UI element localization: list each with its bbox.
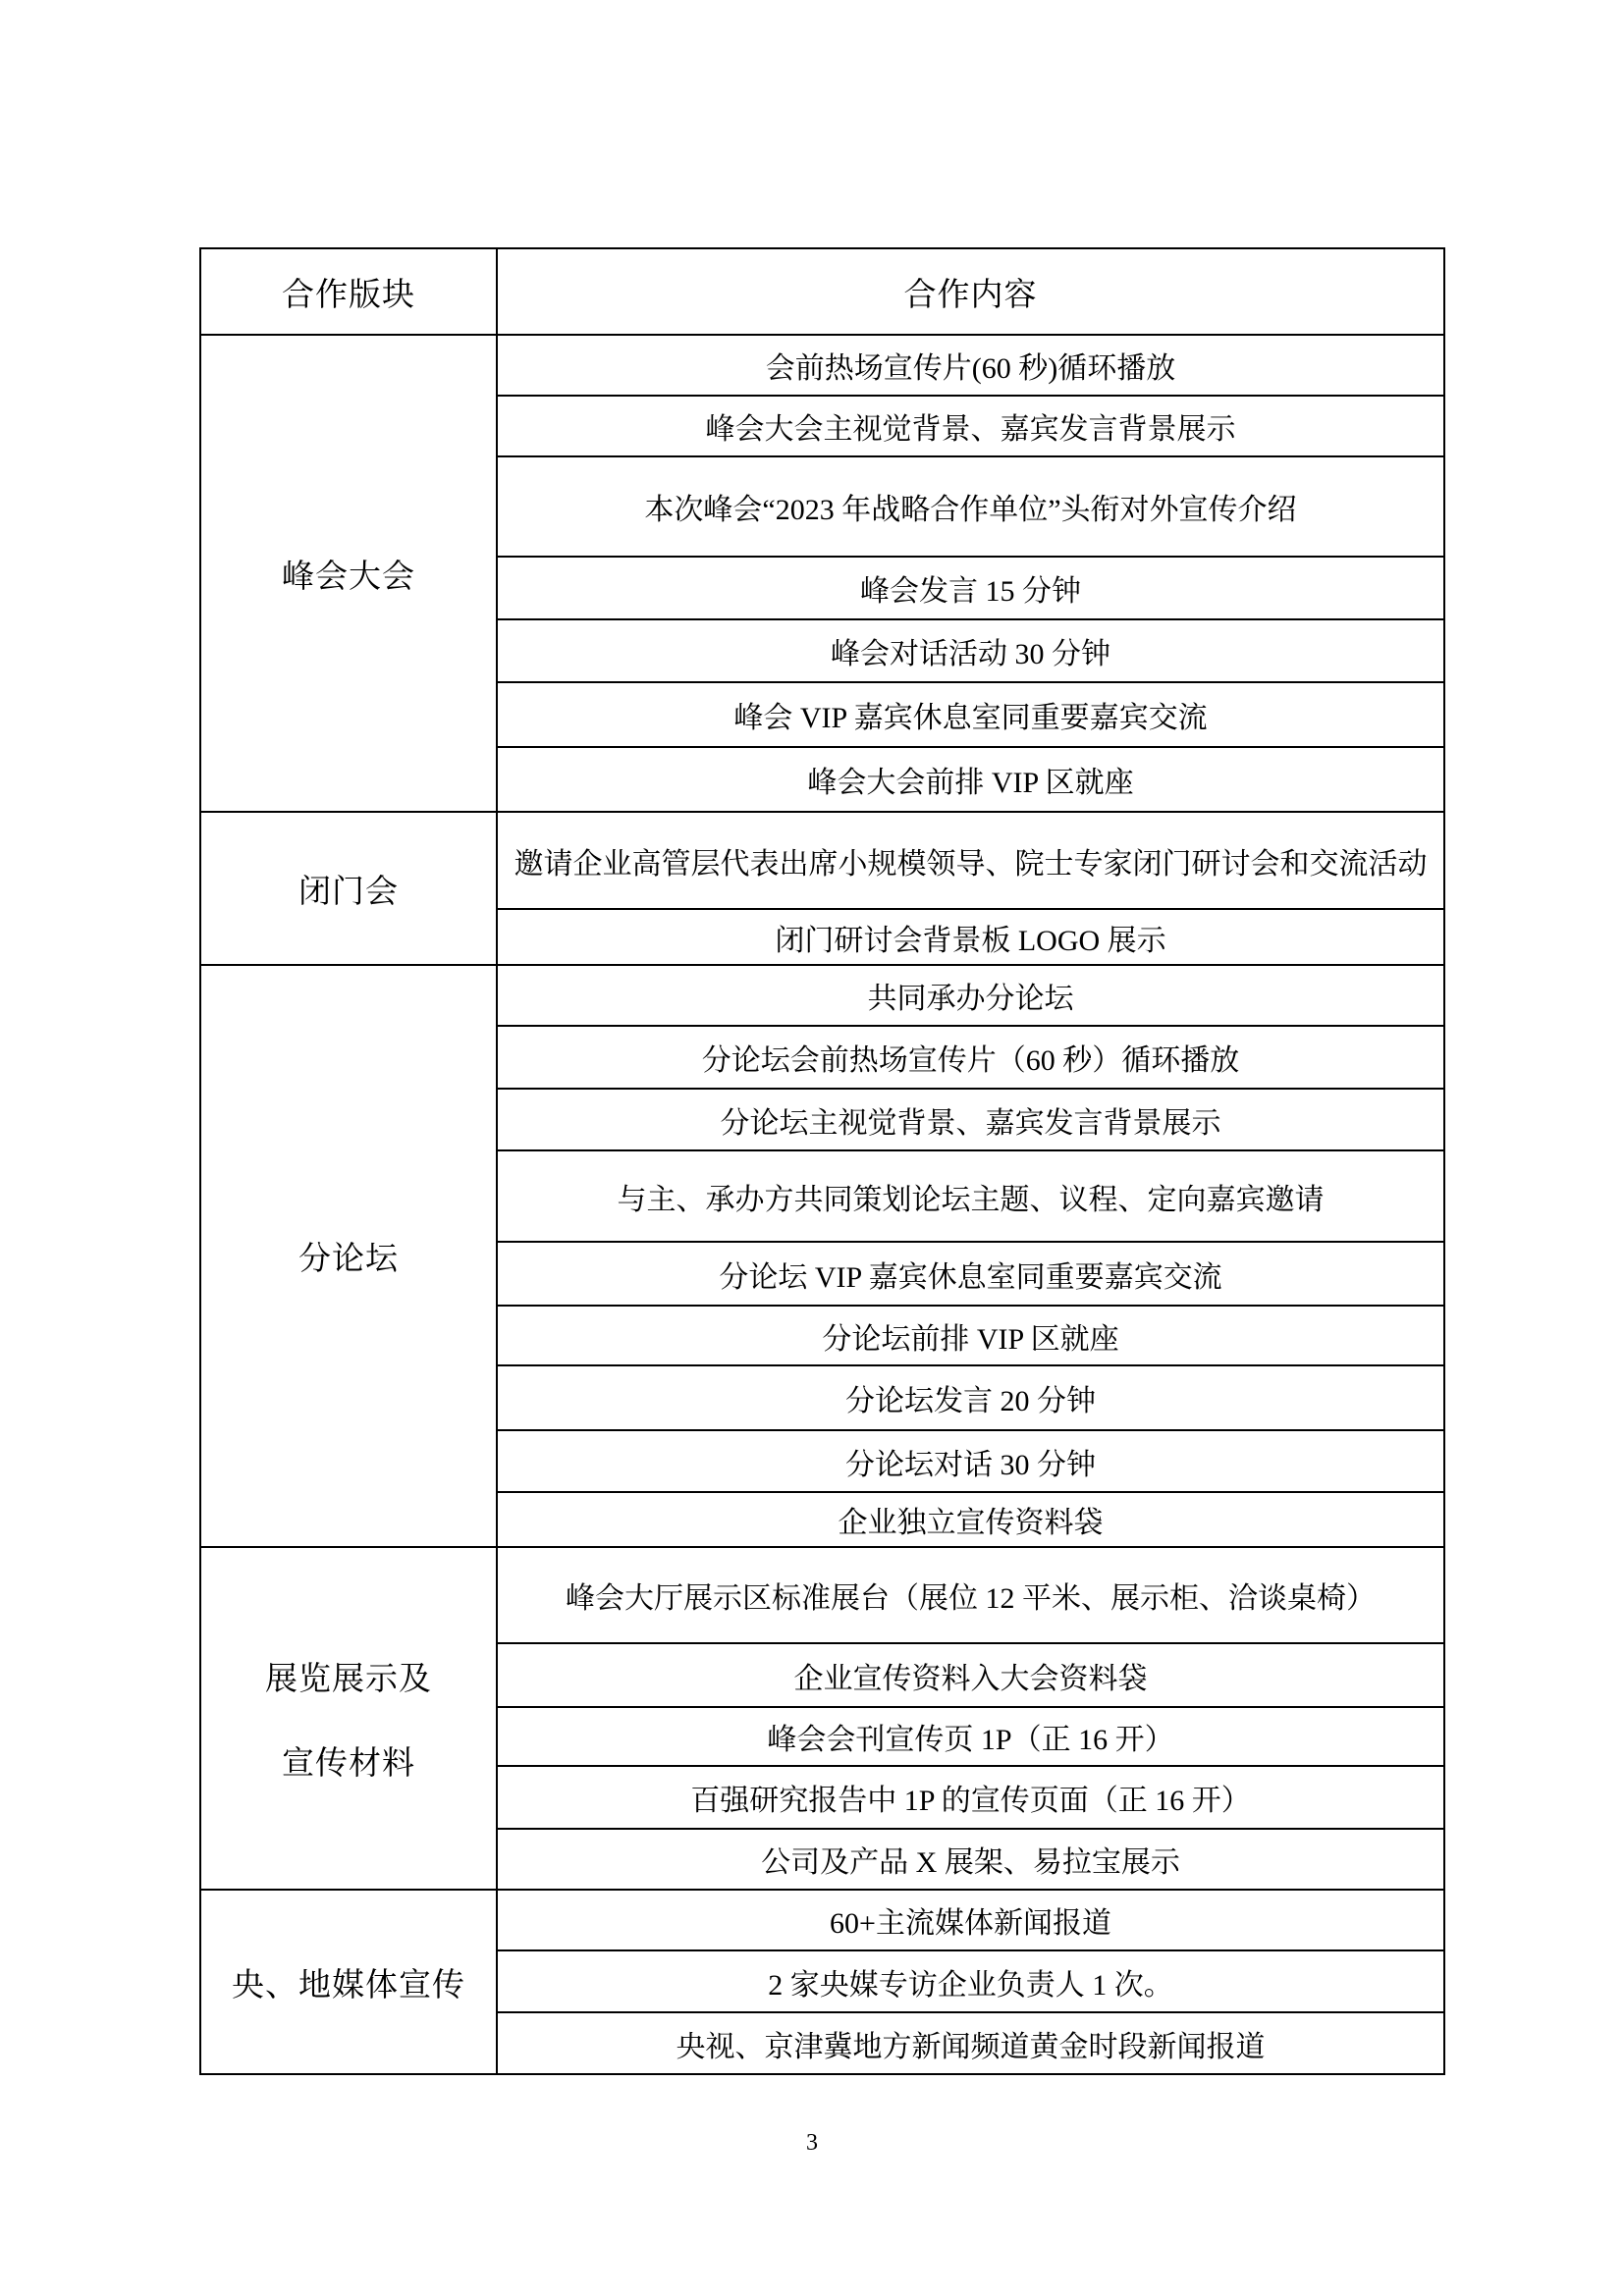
content-cell: 闭门研讨会背景板 LOGO 展示 [497,909,1444,965]
content-cell: 共同承办分论坛 [497,965,1444,1026]
content-cell: 与主、承办方共同策划论坛主题、议程、定向嘉宾邀请 [497,1150,1444,1242]
content-cell: 峰会大会主视觉背景、嘉宾发言背景展示 [497,396,1444,456]
document-page: 合作版块 合作内容 峰会大会 会前热场宣传片(60 秒)循环播放 峰会大会主视觉… [0,0,1624,2296]
content-cell: 峰会大会前排 VIP 区就座 [497,747,1444,812]
column-header-section: 合作版块 [200,248,497,335]
group-label-summit-conference: 峰会大会 [200,335,497,812]
group-label-sub-forum: 分论坛 [200,965,497,1547]
content-cell: 峰会发言 15 分钟 [497,557,1444,619]
page-number: 3 [0,2130,1624,2157]
content-cell: 分论坛会前热场宣传片（60 秒）循环播放 [497,1026,1444,1089]
content-cell: 分论坛 VIP 嘉宾休息室同重要嘉宾交流 [497,1242,1444,1306]
group-label-media-publicity: 央、地媒体宣传 [200,1890,497,2074]
content-cell: 公司及产品 X 展架、易拉宝展示 [497,1829,1444,1890]
content-cell: 分论坛发言 20 分钟 [497,1365,1444,1430]
content-cell: 60+主流媒体新闻报道 [497,1890,1444,1950]
content-cell: 峰会 VIP 嘉宾休息室同重要嘉宾交流 [497,682,1444,747]
content-cell: 邀请企业高管层代表出席小规模领导、院士专家闭门研讨会和交流活动 [497,812,1444,909]
table-row: 闭门会 邀请企业高管层代表出席小规模领导、院士专家闭门研讨会和交流活动 [200,812,1444,909]
table-row: 峰会大会 会前热场宣传片(60 秒)循环播放 [200,335,1444,396]
content-cell: 分论坛对话 30 分钟 [497,1430,1444,1492]
content-cell: 本次峰会“2023 年战略合作单位”头衔对外宣传介绍 [497,456,1444,557]
content-cell: 企业宣传资料入大会资料袋 [497,1643,1444,1707]
content-cell: 企业独立宣传资料袋 [497,1492,1444,1547]
content-cell: 会前热场宣传片(60 秒)循环播放 [497,335,1444,396]
content-cell: 百强研究报告中 1P 的宣传页面（正 16 开） [497,1766,1444,1829]
content-cell: 分论坛前排 VIP 区就座 [497,1306,1444,1365]
content-cell: 分论坛主视觉背景、嘉宾发言背景展示 [497,1089,1444,1150]
group-label-line: 展览展示及 [207,1653,490,1699]
group-label-closed-door-meeting: 闭门会 [200,812,497,965]
table-row: 央、地媒体宣传 60+主流媒体新闻报道 [200,1890,1444,1950]
table-row: 分论坛 共同承办分论坛 [200,965,1444,1026]
table-header-row: 合作版块 合作内容 [200,248,1444,335]
content-cell: 峰会对话活动 30 分钟 [497,619,1444,682]
column-header-content: 合作内容 [497,248,1444,335]
content-cell: 2 家央媒专访企业负责人 1 次。 [497,1950,1444,2012]
table-row: 展览展示及 宣传材料 峰会大厅展示区标准展台（展位 12 平米、展示柜、洽谈桌椅… [200,1547,1444,1643]
group-label-exhibition-materials: 展览展示及 宣传材料 [200,1547,497,1890]
content-cell: 峰会会刊宣传页 1P（正 16 开） [497,1707,1444,1766]
content-cell: 峰会大厅展示区标准展台（展位 12 平米、展示柜、洽谈桌椅） [497,1547,1444,1643]
group-label-line: 宣传材料 [207,1737,490,1784]
cooperation-table: 合作版块 合作内容 峰会大会 会前热场宣传片(60 秒)循环播放 峰会大会主视觉… [199,247,1445,2075]
content-cell: 央视、京津冀地方新闻频道黄金时段新闻报道 [497,2012,1444,2074]
